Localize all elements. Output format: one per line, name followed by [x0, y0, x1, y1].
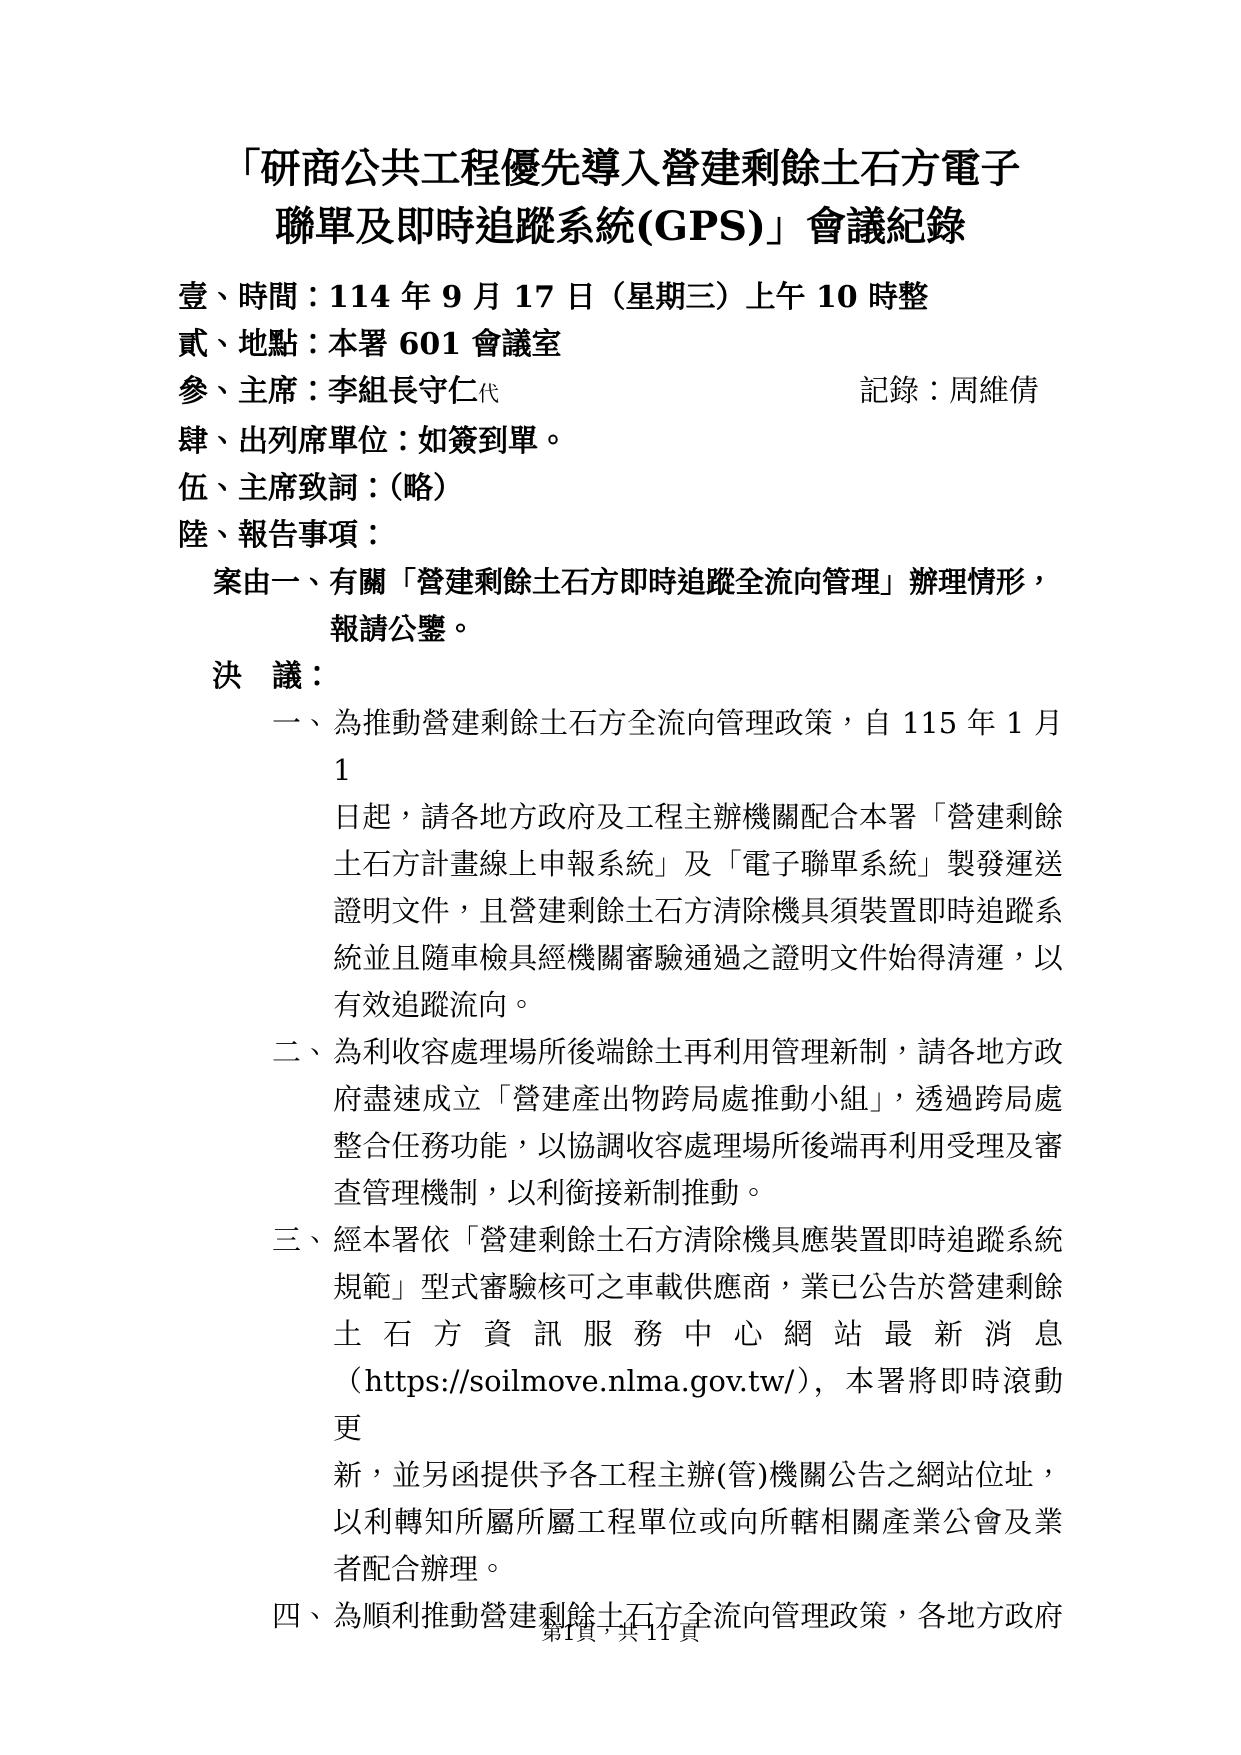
resolution-item-line: 證明文件，且營建剩餘土石方清除機具須裝置即時追蹤系	[333, 888, 1063, 935]
resolution-list: 一、為推動營建剩餘土石方全流向管理政策，自 115 年 1 月 1日起，請各地方…	[178, 700, 1063, 1640]
meta-line-6: 陸、報告事項：	[178, 512, 1063, 559]
resolution-item-text: 為推動營建剩餘土石方全流向管理政策，自 115 年 1 月 1日起，請各地方政府…	[333, 700, 1063, 1029]
resolution-item-line: 土石方資訊服務中心網站最新消息	[333, 1311, 1063, 1358]
document-content: 「研商公共工程優先導入營建剩餘土石方電子 聯單及即時追蹤系統(GPS)」會議紀錄…	[178, 0, 1063, 1640]
case-subject-continued: 報請公鑒。	[330, 606, 1063, 653]
meta-line-text: 參、主席：李組長守仁	[178, 368, 478, 415]
title-line-2: 聯單及即時追蹤系統(GPS)」會議紀錄	[178, 198, 1063, 256]
meta-line-right-text: 記錄：周維倩	[859, 368, 1039, 415]
chair-acting-suffix: 代	[478, 371, 499, 418]
resolution-item: 三、經本署依「營建剩餘土石方清除機具應裝置即時追蹤系統規範」型式審驗核可之車載供…	[178, 1217, 1063, 1593]
meta-section: 壹、時間：114 年 9 月 17 日（星期三）上午 10 時整貳、地點：本署 …	[178, 274, 1063, 559]
resolution-item-line: （https://soilmove.nlma.gov.tw/），本署將即時滾動更	[333, 1358, 1063, 1452]
resolution-item-number: 三、	[272, 1217, 333, 1593]
meta-line-4: 肆、出列席單位：如簽到單。	[178, 418, 1063, 465]
resolution-item-text: 經本署依「營建剩餘土石方清除機具應裝置即時追蹤系統規範」型式審驗核可之車載供應商…	[333, 1217, 1063, 1593]
resolution-heading: 決 議：	[212, 653, 1063, 700]
case-subject: 案由一、有關「營建剩餘土石方即時追蹤全流向管理」辦理情形，	[213, 559, 1063, 606]
meta-line-text: 貳、地點：本署 601 會議室	[178, 321, 562, 368]
meta-line-text: 肆、出列席單位：如簽到單。	[178, 418, 568, 465]
meta-line-5: 伍、主席致詞：（略）	[178, 465, 1063, 512]
resolution-item-line: 日起，請各地方政府及工程主辦機關配合本署「營建剩餘	[333, 794, 1063, 841]
meta-line-2: 貳、地點：本署 601 會議室	[178, 321, 1063, 368]
resolution-item-line: 整合任務功能，以協調收容處理場所後端再利用受理及審	[333, 1123, 1063, 1170]
resolution-item-line: 府盡速成立「營建產出物跨局處推動小組」，透過跨局處	[333, 1076, 1063, 1123]
resolution-item-line: 者配合辦理。	[333, 1546, 1063, 1593]
meta-line-3: 參、主席：李組長守仁代記錄：周維倩	[178, 368, 1063, 418]
resolution-item-line: 新，並另函提供予各工程主辦(管)機關公告之網站位址，	[333, 1452, 1063, 1499]
resolution-item: 一、為推動營建剩餘土石方全流向管理政策，自 115 年 1 月 1日起，請各地方…	[178, 700, 1063, 1029]
meta-line-1: 壹、時間：114 年 9 月 17 日（星期三）上午 10 時整	[178, 274, 1063, 321]
resolution-item: 二、為利收容處理場所後端餘土再利用管理新制，請各地方政府盡速成立「營建產出物跨局…	[178, 1029, 1063, 1217]
resolution-item-line: 統並且隨車檢具經機關審驗通過之證明文件始得清運，以	[333, 935, 1063, 982]
resolution-item-line: 經本署依「營建剩餘土石方清除機具應裝置即時追蹤系統	[333, 1217, 1063, 1264]
resolution-item-line: 為推動營建剩餘土石方全流向管理政策，自 115 年 1 月 1	[333, 700, 1063, 794]
document-page: 「研商公共工程優先導入營建剩餘土石方電子 聯單及即時追蹤系統(GPS)」會議紀錄…	[0, 0, 1241, 1755]
resolution-item-text: 為利收容處理場所後端餘土再利用管理新制，請各地方政府盡速成立「營建產出物跨局處推…	[333, 1029, 1063, 1217]
meta-line-text: 伍、主席致詞：（略）	[178, 465, 463, 512]
page-footer: 第1頁，共 11 頁	[0, 1618, 1241, 1648]
resolution-item-number: 二、	[272, 1029, 333, 1217]
document-title: 「研商公共工程優先導入營建剩餘土石方電子 聯單及即時追蹤系統(GPS)」會議紀錄	[178, 140, 1063, 256]
resolution-item-number: 一、	[272, 700, 333, 1029]
resolution-item-line: 土石方計畫線上申報系統」及「電子聯單系統」製發運送	[333, 841, 1063, 888]
resolution-item-line: 為利收容處理場所後端餘土再利用管理新制，請各地方政	[333, 1029, 1063, 1076]
resolution-item-line: 規範」型式審驗核可之車載供應商，業已公告於營建剩餘	[333, 1264, 1063, 1311]
meta-line-text: 陸、報告事項：	[178, 512, 388, 559]
resolution-item-line: 查管理機制，以利銜接新制推動。	[333, 1170, 1063, 1217]
title-line-1: 「研商公共工程優先導入營建剩餘土石方電子	[178, 140, 1063, 198]
meta-line-text: 壹、時間：114 年 9 月 17 日（星期三）上午 10 時整	[178, 274, 928, 321]
resolution-item-line: 以利轉知所屬所屬工程單位或向所轄相關產業公會及業	[333, 1499, 1063, 1546]
resolution-item-line: 有效追蹤流向。	[333, 982, 1063, 1029]
